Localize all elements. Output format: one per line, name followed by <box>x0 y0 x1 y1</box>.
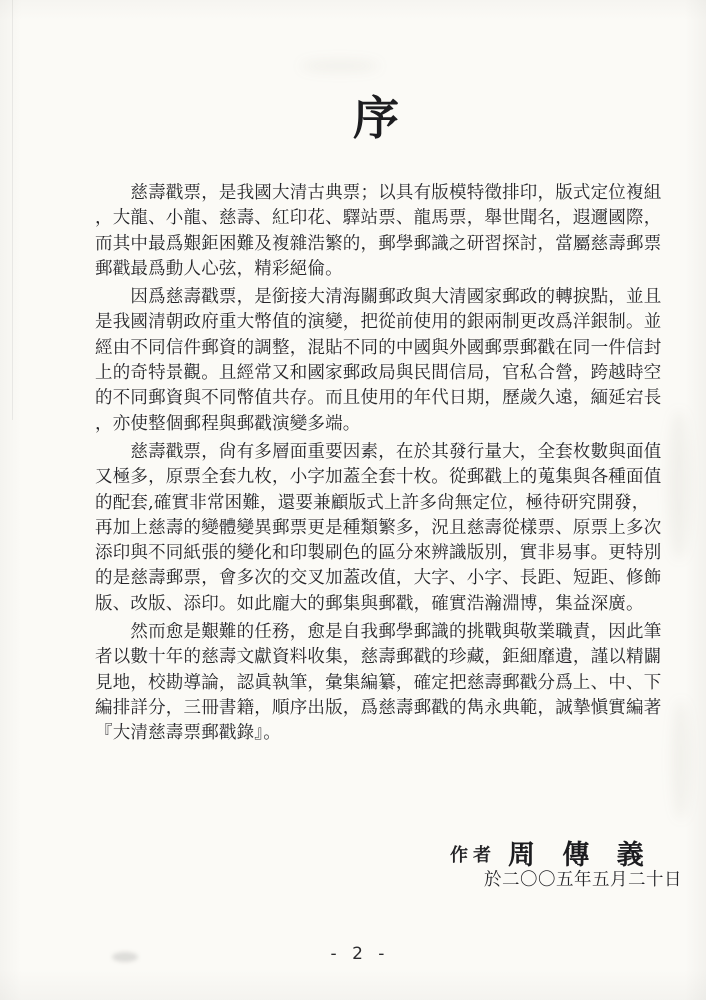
scan-smudge <box>300 60 380 72</box>
scan-smudge <box>672 700 690 820</box>
preface-body: 慈壽戳票，是我國大清古典票；以具有版模特徵排印，版式定位複組 ，大龍、小龍、慈壽… <box>95 181 662 750</box>
body-paragraph-1: 慈壽戳票，是我國大清古典票；以具有版模特徵排印，版式定位複組 ，大龍、小龍、慈壽… <box>95 181 662 282</box>
body-paragraph-3: 慈壽戳票，尙有多層面重要因素，在於其發行量大，全套枚數與面值 又極多，原票全套九… <box>95 440 662 617</box>
body-paragraph-4: 然而愈是艱難的任務，愈是自我郵學郵識的挑戰與敬業職責，因此筆 者以數十年的慈壽文… <box>95 620 662 746</box>
page-title: 序 <box>95 82 661 148</box>
scan-edge-line <box>12 0 13 420</box>
publication-date: 於二〇〇五年五月二十日 <box>484 866 682 891</box>
scanned-book-page: 序 慈壽戳票，是我國大清古典票；以具有版模特徵排印，版式定位複組 ，大龍、小龍、… <box>0 0 706 1000</box>
scan-smudge <box>668 410 690 560</box>
body-paragraph-2: 因爲慈壽戳票，是銜接大清海關郵政與大清國家郵政的轉捩點，並且 是我國清朝政府重大… <box>95 285 662 437</box>
author-label: 作者 <box>450 845 496 866</box>
page-number: - 2 - <box>0 944 706 964</box>
